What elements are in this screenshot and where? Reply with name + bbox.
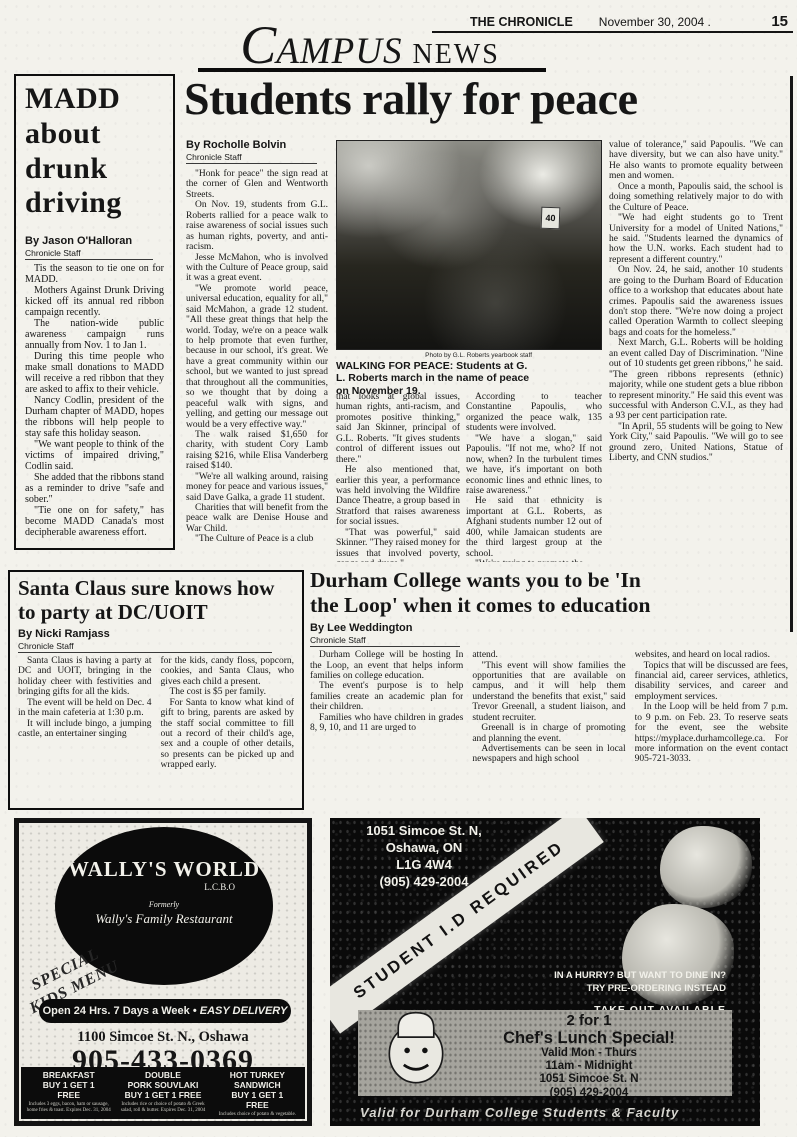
paragraph: Charities that will benefit from the pea…: [186, 503, 328, 534]
paragraph: "We want people to think of the victims …: [25, 439, 164, 472]
coupon-title: DOUBLE: [117, 1070, 208, 1080]
diner-address-line: Oshawa, ON: [346, 840, 502, 857]
paragraph: Greenall is in charge of promoting and p…: [472, 723, 625, 744]
coupon-title: BREAKFAST: [23, 1070, 114, 1080]
peace-column-3: According to teacher Constantine Papouli…: [466, 392, 602, 562]
paragraph: "This event will show families the oppor…: [472, 661, 625, 724]
loop-headline-line2: the Loop' when it comes to education: [310, 593, 650, 617]
paragraph: attend.: [472, 650, 625, 660]
coupon-offer: BUY 1 GET 1: [212, 1090, 303, 1100]
paragraph: Santa Claus is having a party at DC and …: [18, 656, 152, 698]
newspaper-page: THE CHRONICLE November 30, 2004 . 15 CAM…: [0, 0, 797, 1137]
peace-column-2: that looks at global issues, human right…: [336, 392, 460, 562]
paragraph: The walk raised $1,650 for charity, with…: [186, 430, 328, 472]
caption-lead: WALKING FOR PEACE:: [336, 360, 453, 372]
paragraph: It will include bingo, a jumping castle,…: [18, 719, 152, 740]
coupon-fine-print: Includes 3 eggs, bacon, ham or sausage, …: [23, 1102, 114, 1114]
paragraph: He also mentioned that, earlier this yea…: [336, 465, 460, 528]
section-title-news: NEWS: [412, 39, 499, 70]
chef-icon: [382, 1006, 450, 1086]
loop-headline: Durham College wants you to be 'Inthe Lo…: [310, 568, 788, 617]
masthead-rule: [198, 68, 546, 72]
paragraph: Mothers Against Drunk Driving kicked off…: [25, 285, 164, 318]
deal-valid-days: Valid Mon - Thurs: [454, 1047, 724, 1060]
paragraph: The event will be held on Dec. 4 in the …: [18, 698, 152, 719]
madd-headline: MADD about drunk driving: [25, 82, 164, 221]
speed-sign: 40: [541, 207, 561, 230]
loop-byline-org: Chronicle Staff: [310, 635, 460, 647]
diner-address-line: 1051 Simcoe St. N,: [346, 823, 502, 840]
paragraph: On Nov. 24, he said, another 10 students…: [609, 265, 783, 338]
deal-phone: (905) 429-2004: [454, 1087, 724, 1100]
santa-headline-line1: Santa Claus sure knows how: [18, 576, 274, 600]
paragraph: Advertisements can be seen in local news…: [472, 744, 625, 765]
santa-column-1: Santa Claus is having a party at DC and …: [18, 656, 152, 771]
paragraph: "Tie one on for safety," has become MADD…: [25, 505, 164, 538]
paragraph: that looks at global issues, human right…: [336, 392, 460, 465]
wallys-lcbo: L.C.B.O: [55, 882, 273, 892]
peace-headline: Students rally for peace: [184, 76, 790, 122]
coupon-offer: BUY 1 GET 1: [23, 1080, 114, 1090]
paragraph: "We have a slogan," said Papoulis. "If n…: [466, 434, 602, 497]
hurry-line1: IN A HURRY? BUT WANT TO DINE IN?: [486, 970, 726, 983]
paragraph: The event's purpose is to help families …: [310, 681, 463, 712]
ad-diner: 1051 Simcoe St. N, Oshawa, ON L1G 4W4 (9…: [330, 818, 760, 1126]
peace-byline-block: By Rocholle Bolvin Chronicle Staff: [186, 139, 328, 167]
paragraph: For Santa to know what kind of gift to b…: [161, 698, 295, 771]
paragraph: Topics that will be discussed are fees, …: [635, 661, 788, 703]
santa-body: Santa Claus is having a party at DC and …: [18, 656, 294, 771]
paragraph: websites, and heard on local radios.: [635, 650, 788, 660]
paragraph: On Nov. 19, students from G.L. Roberts r…: [186, 200, 328, 252]
paragraph: Jesse McMahon, who is involved with the …: [186, 253, 328, 284]
paragraph: According to teacher Constantine Papouli…: [466, 392, 602, 434]
issue-date: November 30, 2004 .: [599, 15, 711, 29]
santa-headline: Santa Claus sure knows howto party at DC…: [18, 576, 294, 624]
hours-banner: Open 24 Hrs. 7 Days a Week • EASY DELIVE…: [39, 999, 291, 1023]
paragraph: "The Culture of Peace is a club: [186, 534, 328, 544]
santa-graphic: [660, 826, 752, 908]
peace-photo: 40: [336, 140, 602, 350]
coupon-breakfast: BREAKFAST BUY 1 GET 1 FREE Includes 3 eg…: [23, 1070, 114, 1116]
peace-column-1: "Honk for peace" the sign read at the co…: [186, 169, 328, 562]
ad-wallys-world: WALLY'S WORLD L.C.B.O Formerly Wally's F…: [14, 818, 312, 1126]
deal-title: 2 for 1: [454, 1013, 724, 1029]
coupon-fine-print: Includes choice of potato & vegetable. E…: [212, 1112, 303, 1116]
paragraph: During this time people who make small d…: [25, 351, 164, 395]
paragraph: "In April, 55 students will be going to …: [609, 422, 783, 464]
coupon-strip: BREAKFAST BUY 1 GET 1 FREE Includes 3 eg…: [21, 1067, 305, 1119]
madd-byline-org: Chronicle Staff: [25, 248, 153, 260]
coupon-fine-print: Includes rice or choice of potato & Gree…: [117, 1102, 208, 1114]
delivery-text: EASY DELIVERY: [200, 1005, 288, 1017]
paragraph: Tis the season to tie one on for MADD.: [25, 263, 164, 285]
article-madd: MADD about drunk driving By Jason O'Hall…: [14, 74, 175, 550]
santa-byline: By Nicki Ramjass: [18, 628, 294, 641]
paragraph: "That was powerful," said Skinner. "They…: [336, 528, 460, 562]
section-title-campus-initial: C: [240, 15, 276, 75]
hurry-line2: TRY PRE-ORDERING INSTEAD: [486, 983, 726, 996]
paragraph: "We promote world peace, universal educa…: [186, 284, 328, 430]
paragraph: In the Loop will be held from 7 p.m. to …: [635, 702, 788, 765]
coupon-turkey: HOT TURKEY SANDWICH BUY 1 GET 1 FREE Inc…: [212, 1070, 303, 1116]
paragraph: He said that ethnicity is important at G…: [466, 496, 602, 559]
santa-headline-line2: to party at DC/UOIT: [18, 600, 208, 624]
loop-column-1: Durham College will be hosting In the Lo…: [310, 650, 463, 765]
hours-text: Open 24 Hrs. 7 Days a Week •: [43, 1005, 197, 1017]
loop-column-2: attend. "This event will show families t…: [472, 650, 625, 765]
section-title-campus: AMPUS: [276, 31, 402, 72]
madd-byline: By Jason O'Halloran: [25, 235, 164, 248]
coupon-title: PORK SOUVLAKI: [117, 1080, 208, 1090]
article-loop: Durham College wants you to be 'Inthe Lo…: [310, 568, 788, 810]
peace-byline: By Rocholle Bolvin: [186, 139, 328, 152]
paragraph: "We're trying to promote the: [466, 559, 602, 562]
scan-artifact-line: [790, 76, 793, 632]
diner-address-line: L1G 4W4: [346, 857, 502, 874]
photo-credit: Photo by G.L. Roberts yearbook staff: [336, 352, 532, 359]
coupon-offer: BUY 1 GET 1 FREE: [117, 1090, 208, 1100]
loop-column-3: websites, and heard on local radios. Top…: [635, 650, 788, 765]
section-masthead: CAMPUSNEWS: [190, 18, 550, 73]
paragraph: "Honk for peace" the sign read at the co…: [186, 169, 328, 200]
paragraph: The nation-wide public awareness campaig…: [25, 318, 164, 351]
paragraph: She added that the ribbons stand as a re…: [25, 472, 164, 505]
wallys-formerly: Formerly: [55, 900, 273, 909]
article-santa: Santa Claus sure knows howto party at DC…: [8, 570, 304, 810]
peace-column-4: value of tolerance," said Papoulis. "We …: [609, 140, 783, 562]
paragraph: "We had eight students go to Trent Unive…: [609, 213, 783, 265]
wallys-subname: Wally's Family Restaurant: [55, 911, 273, 927]
paragraph: The cost is $5 per family.: [161, 687, 295, 697]
paragraph: value of tolerance," said Papoulis. "We …: [609, 140, 783, 182]
paragraph: Nancy Codlin, president of the Durham ch…: [25, 395, 164, 439]
coupon-offer: FREE: [23, 1090, 114, 1100]
coupon-title: HOT TURKEY: [212, 1070, 303, 1080]
paragraph: Families who have children in grades 8, …: [310, 713, 463, 734]
loop-byline: By Lee Weddington: [310, 622, 788, 635]
paragraph: "We're all walking around, raising money…: [186, 472, 328, 503]
deal-address: 1051 Simcoe St. N: [454, 1073, 724, 1086]
santa-byline-org: Chronicle Staff: [18, 641, 272, 653]
deal-name: Chef's Lunch Special!: [454, 1029, 724, 1047]
wallys-name: WALLY'S WORLD: [55, 857, 273, 882]
loop-body: Durham College will be hosting In the Lo…: [310, 650, 788, 765]
paragraph: Next March, G.L. Roberts will be holding…: [609, 338, 783, 422]
madd-body: Tis the season to tie one on for MADD. M…: [25, 263, 164, 538]
coupon-souvlaki: DOUBLE PORK SOUVLAKI BUY 1 GET 1 FREE In…: [117, 1070, 208, 1116]
peace-byline-org: Chronicle Staff: [186, 152, 317, 164]
santa-column-2: for the kids, candy floss, popcorn, cook…: [161, 656, 295, 771]
page-number: 15: [771, 13, 788, 30]
paragraph: Durham College will be hosting In the Lo…: [310, 650, 463, 681]
coupon-title: SANDWICH: [212, 1080, 303, 1090]
paragraph: for the kids, candy floss, popcorn, cook…: [161, 656, 295, 687]
paragraph: Once a month, Papoulis said, the school …: [609, 182, 783, 213]
coupon-offer: FREE: [212, 1100, 303, 1110]
loop-headline-line1: Durham College wants you to be 'In: [310, 568, 641, 592]
deal-valid-hours: 11am - Midnight: [454, 1060, 724, 1073]
ad-footer-note: Valid for Durham College Students & Facu…: [360, 1105, 744, 1120]
